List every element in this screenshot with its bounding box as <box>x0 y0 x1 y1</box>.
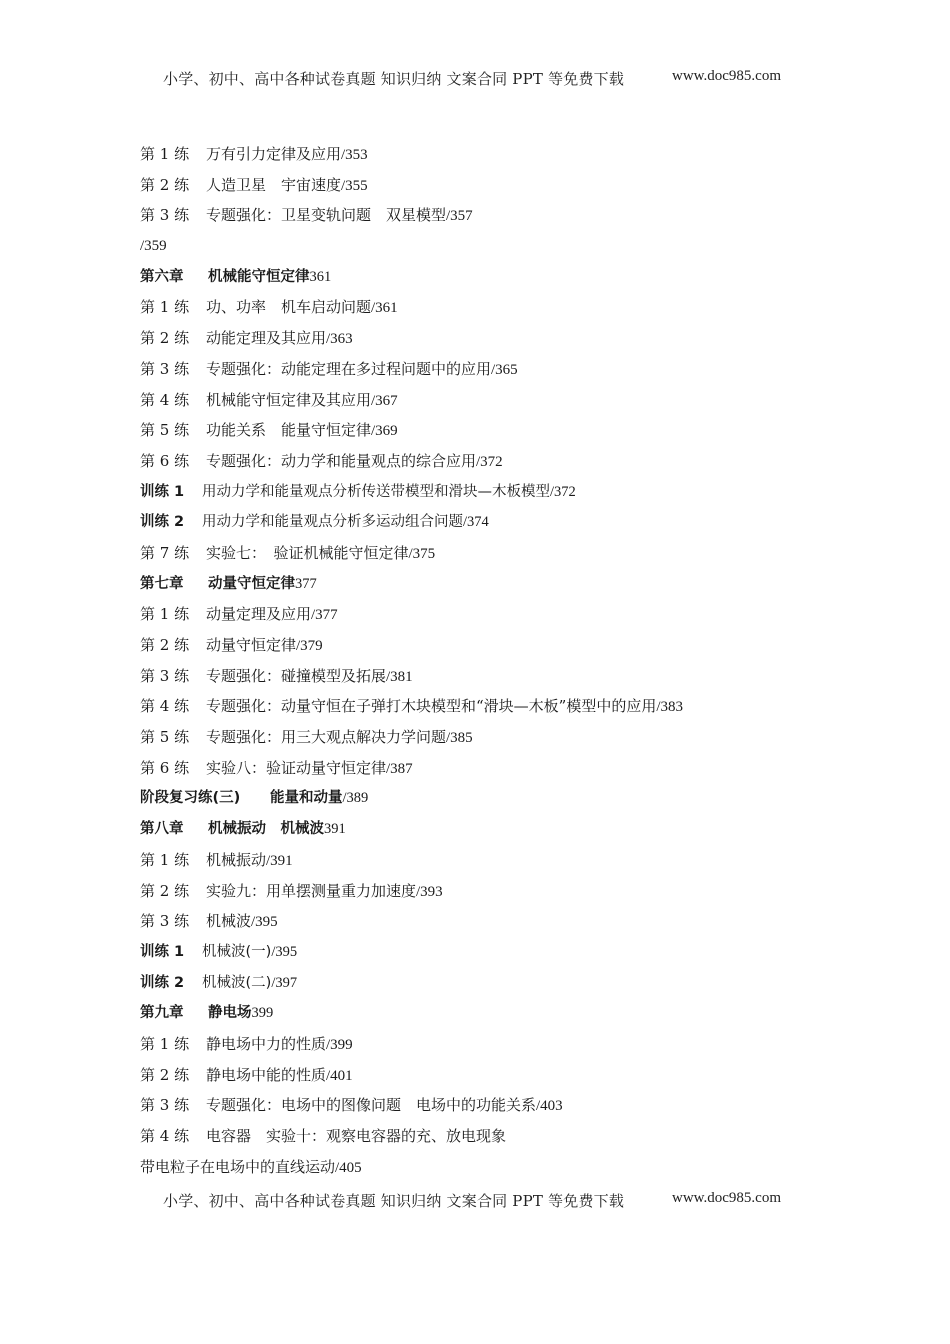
toc-entry-chapter[interactable]: 第九章静电场 399 <box>140 1000 840 1031</box>
toc-entry-label: 第 2 练 <box>140 878 206 904</box>
toc-entry-label: 第 3 练 <box>140 908 206 934</box>
toc-entry-page: 377 <box>295 571 317 597</box>
toc-entry-title: 机械波(二) <box>202 970 271 996</box>
toc-entry-exercise[interactable]: 第 6 练实验八：验证动量守恒定律/387 <box>140 755 840 786</box>
toc-entry-title: 功能关系 能量守恒定律 <box>206 417 371 443</box>
toc-entry-title: 静电场 <box>208 1000 252 1026</box>
toc-entry-page: /405 <box>335 1155 362 1181</box>
toc-entry-page: /369 <box>371 418 398 444</box>
toc-entry-page: /353 <box>341 142 368 168</box>
toc-entry-page: /381 <box>386 664 413 690</box>
toc-entry-page: /385 <box>446 725 473 751</box>
toc-entry-label: 训练 1 <box>140 939 202 965</box>
toc-entry-page: /397 <box>271 970 297 996</box>
table-of-contents: 第 1 练万有引力定律及应用/353第 2 练人造卫星 宇宙速度/355第 3 … <box>140 141 840 1184</box>
toc-entry-exercise[interactable]: 第 3 练专题强化：碰撞模型及拓展/381 <box>140 663 840 694</box>
toc-entry-label: 第九章 <box>140 1000 208 1026</box>
toc-entry-label: 第 1 练 <box>140 847 206 873</box>
toc-entry-title: 实验八：验证动量守恒定律 <box>206 755 386 781</box>
toc-entry-training[interactable]: 训练 2用动力学和能量观点分析多运动组合问题/374 <box>140 509 840 540</box>
toc-entry-chapter[interactable]: 第六章机械能守恒定律 361 <box>140 264 840 295</box>
toc-entry-exercise[interactable]: 第 1 练静电场中力的性质/399 <box>140 1031 840 1062</box>
toc-entry-exercise[interactable]: 第 7 练实验七： 验证机械能守恒定律/375 <box>140 540 840 571</box>
toc-entry-label: 第 1 练 <box>140 141 206 167</box>
toc-entry-label: 第 3 练 <box>140 202 206 228</box>
toc-entry-title: 专题强化：电场中的图像问题 电场中的功能关系 <box>206 1092 536 1118</box>
toc-entry-page: 399 <box>252 1000 274 1026</box>
toc-entry-exercise[interactable]: 第 3 练专题强化：卫星变轨问题 双星模型/357 <box>140 202 840 233</box>
toc-entry-title: 机械波(一) <box>202 939 271 965</box>
toc-entry-label: 第 4 练 <box>140 693 206 719</box>
toc-entry-page: /379 <box>296 633 323 659</box>
toc-entry-label: 第 2 练 <box>140 172 206 198</box>
toc-entry-page: /372 <box>476 449 503 475</box>
toc-entry-page: /365 <box>491 357 518 383</box>
toc-entry-label: 第 1 练 <box>140 294 206 320</box>
toc-entry-title: 机械振动 机械波 <box>208 816 324 842</box>
toc-entry-page: /387 <box>386 756 413 782</box>
toc-entry-title: 机械波 <box>206 908 251 934</box>
toc-entry-exercise[interactable]: 第 4 练专题强化：动量守恒在子弹打木块模型和“滑块—木板”模型中的应用/383 <box>140 693 840 724</box>
toc-entry-exercise[interactable]: 第 1 练动量定理及应用/377 <box>140 601 840 632</box>
toc-entry-title: 专题强化：动力学和能量观点的综合应用 <box>206 448 476 474</box>
toc-entry-label: 第 1 练 <box>140 1031 206 1057</box>
toc-entry-title: 用动力学和能量观点分析多运动组合问题 <box>202 509 463 535</box>
toc-entry-exercise[interactable]: 第 3 练专题强化：动能定理在多过程问题中的应用/365 <box>140 356 840 387</box>
toc-entry-exercise[interactable]: 第 1 练万有引力定律及应用/353 <box>140 141 840 172</box>
toc-entry-chapter[interactable]: 第七章动量守恒定律 377 <box>140 571 840 602</box>
toc-entry-title: 人造卫星 宇宙速度 <box>206 172 341 198</box>
toc-entry-label: 第 6 练 <box>140 448 206 474</box>
toc-entry-exercise[interactable]: 第 3 练机械波/395 <box>140 908 840 939</box>
toc-entry-title: 静电场中能的性质 <box>206 1062 326 1088</box>
toc-entry-label: 第 6 练 <box>140 755 206 781</box>
toc-entry-exercise[interactable]: 第 2 练人造卫星 宇宙速度/355 <box>140 172 840 203</box>
toc-entry-page: /399 <box>326 1032 353 1058</box>
toc-entry-page: /372 <box>550 479 576 505</box>
toc-entry-page: /403 <box>536 1093 563 1119</box>
toc-entry-label: 第 3 练 <box>140 356 206 382</box>
toc-entry-page: /389 <box>343 785 369 811</box>
toc-entry-page: /393 <box>416 879 443 905</box>
toc-entry-training[interactable]: 训练 2机械波(二)/397 <box>140 970 840 1001</box>
toc-entry-title: 专题强化：动量守恒在子弹打木块模型和“滑块—木板”模型中的应用 <box>206 693 656 719</box>
toc-entry-title: 专题强化：用三大观点解决力学问题 <box>206 724 446 750</box>
toc-entry-label: 第 3 练 <box>140 1092 206 1118</box>
toc-entry-review[interactable]: 阶段复习练(三)能量和动量/389 <box>140 785 840 816</box>
footer-text: 小学、初中、高中各种试卷真题 知识归纳 文案合同 PPT 等免费下载 <box>163 1190 624 1211</box>
toc-entry-exercise[interactable]: 第 1 练机械振动/391 <box>140 847 840 878</box>
toc-entry-page: /357 <box>446 203 473 229</box>
toc-entry-title: 实验七： 验证机械能守恒定律 <box>206 540 409 566</box>
toc-entry-title: 万有引力定律及应用 <box>206 141 341 167</box>
toc-entry-label: 训练 2 <box>140 509 202 535</box>
toc-entry-title: 专题强化：碰撞模型及拓展 <box>206 663 386 689</box>
toc-entry-page: /355 <box>341 173 368 199</box>
toc-entry-title: 机械能守恒定律及其应用 <box>206 387 371 413</box>
toc-entry-label: 第 7 练 <box>140 540 206 566</box>
toc-entry-exercise[interactable]: 第 2 练动量守恒定律/379 <box>140 632 840 663</box>
toc-entry-exercise[interactable]: 第 2 练实验九：用单摆测量重力加速度/393 <box>140 878 840 909</box>
toc-entry-exercise[interactable]: 第 2 练静电场中能的性质/401 <box>140 1062 840 1093</box>
toc-entry-exercise[interactable]: 第 5 练专题强化：用三大观点解决力学问题/385 <box>140 724 840 755</box>
toc-entry-title: 专题强化：动能定理在多过程问题中的应用 <box>206 356 491 382</box>
toc-entry-page: /361 <box>371 295 398 321</box>
toc-entry-page: /377 <box>311 602 338 628</box>
toc-entry-training[interactable]: 训练 1机械波(一)/395 <box>140 939 840 970</box>
toc-entry-title: 动量守恒定律 <box>206 632 296 658</box>
toc-entry-label: 第 2 练 <box>140 325 206 351</box>
toc-entry-page: /401 <box>326 1063 353 1089</box>
toc-entry-title: 功、功率 机车启动问题 <box>206 294 371 320</box>
toc-entry-label: 第 2 练 <box>140 632 206 658</box>
toc-entry-label: 训练 2 <box>140 970 202 996</box>
toc-entry-page: 361 <box>310 264 332 290</box>
toc-entry-label: 阶段复习练(三) <box>140 785 270 811</box>
toc-entry-page: /367 <box>371 388 398 414</box>
toc-entry-exercise[interactable]: 第 5 练功能关系 能量守恒定律/369 <box>140 417 840 448</box>
toc-entry-training[interactable]: 训练 1用动力学和能量观点分析传送带模型和滑块—木板模型/372 <box>140 479 840 510</box>
toc-entry-exercise[interactable]: 第 6 练专题强化：动力学和能量观点的综合应用/372 <box>140 448 840 479</box>
toc-entry-label: 第 2 练 <box>140 1062 206 1088</box>
toc-entry-exercise[interactable]: 第 4 练电容器 实验十：观察电容器的充、放电现象 <box>140 1123 840 1154</box>
toc-entry-label: 第 1 练 <box>140 601 206 627</box>
toc-entry-title: 机械振动 <box>206 847 266 873</box>
toc-entry-label: 第六章 <box>140 264 208 290</box>
toc-entry-title: 动能定理及其应用 <box>206 325 326 351</box>
toc-entry-title: 带电粒子在电场中的直线运动 <box>140 1154 335 1180</box>
toc-entry-plain[interactable]: /359 <box>140 233 840 264</box>
toc-entry-page: 391 <box>324 816 346 842</box>
toc-entry-title: 动量守恒定律 <box>208 571 295 597</box>
toc-entry-exercise[interactable]: 第 2 练动能定理及其应用/363 <box>140 325 840 356</box>
toc-entry-label: 第 4 练 <box>140 1123 206 1149</box>
toc-entry-title: 专题强化：卫星变轨问题 双星模型 <box>206 202 446 228</box>
toc-entry-title: 用动力学和能量观点分析传送带模型和滑块—木板模型 <box>202 479 550 505</box>
toc-entry-title: 实验九：用单摆测量重力加速度 <box>206 878 416 904</box>
toc-entry-page: /363 <box>326 326 353 352</box>
toc-entry-page: /383 <box>656 694 683 720</box>
header-text: 小学、初中、高中各种试卷真题 知识归纳 文案合同 PPT 等免费下载 <box>163 68 624 89</box>
toc-entry-chapter[interactable]: 第八章机械振动 机械波 391 <box>140 816 840 847</box>
toc-entry-page: /395 <box>271 939 297 965</box>
toc-entry-title: 能量和动量 <box>270 785 343 811</box>
toc-entry-plain[interactable]: 带电粒子在电场中的直线运动/405 <box>140 1154 840 1185</box>
toc-entry-label: 第 4 练 <box>140 387 206 413</box>
toc-entry-page: /391 <box>266 848 293 874</box>
toc-entry-title: 动量定理及应用 <box>206 601 311 627</box>
header-url[interactable]: www.doc985.com <box>672 68 781 85</box>
toc-entry-label: 训练 1 <box>140 479 202 505</box>
footer-url[interactable]: www.doc985.com <box>672 1190 781 1207</box>
toc-entry-title: 电容器 实验十：观察电容器的充、放电现象 <box>206 1123 506 1149</box>
toc-entry-page: /359 <box>140 233 167 259</box>
toc-entry-exercise[interactable]: 第 1 练功、功率 机车启动问题/361 <box>140 294 840 325</box>
toc-entry-title: 静电场中力的性质 <box>206 1031 326 1057</box>
toc-entry-title: 机械能守恒定律 <box>208 264 310 290</box>
toc-entry-label: 第八章 <box>140 816 208 842</box>
toc-entry-label: 第 5 练 <box>140 724 206 750</box>
toc-entry-label: 第 3 练 <box>140 663 206 689</box>
toc-entry-exercise[interactable]: 第 3 练专题强化：电场中的图像问题 电场中的功能关系/403 <box>140 1092 840 1123</box>
toc-entry-exercise[interactable]: 第 4 练机械能守恒定律及其应用/367 <box>140 387 840 418</box>
toc-entry-page: /395 <box>251 909 278 935</box>
toc-entry-label: 第七章 <box>140 571 208 597</box>
toc-entry-page: /375 <box>409 541 436 567</box>
toc-entry-page: /374 <box>463 509 489 535</box>
toc-entry-label: 第 5 练 <box>140 417 206 443</box>
